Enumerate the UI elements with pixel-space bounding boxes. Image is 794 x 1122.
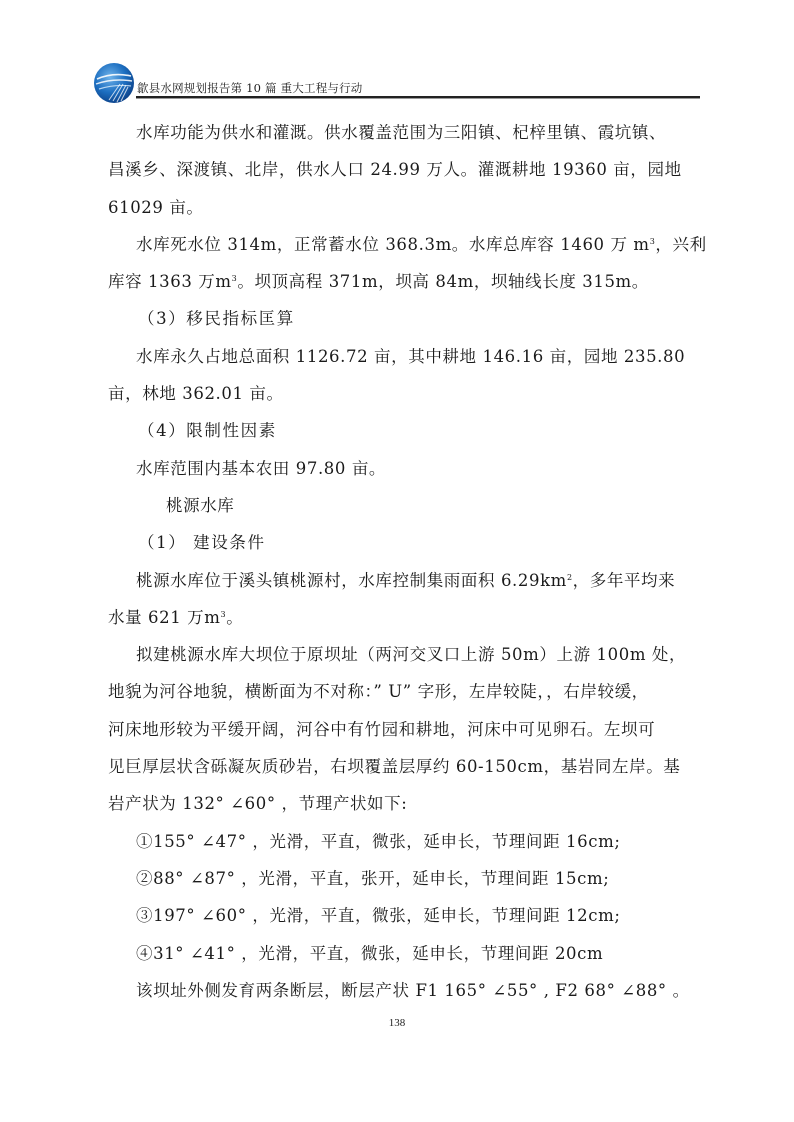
heading-resettlement-estimate: （3）移民指标匡算: [108, 300, 708, 337]
paragraph-land-occupation: 水库永久占地总面积 1126.72 亩，其中耕地 146.16 亩，园地 235…: [108, 338, 708, 375]
page-number: 138: [0, 1017, 794, 1029]
heading-construction-conditions: （1） 建设条件: [108, 524, 708, 561]
text-line: 河床地形较为平缓开阔，河谷中有竹园和耕地，河床中可见卵石。左坝可: [108, 720, 655, 739]
text-line: 。坝顶高程 371m，坝高 84m，坝轴线长度 315m。: [237, 272, 649, 291]
text-line: 亩，林地 362.01 亩。: [108, 384, 284, 403]
text-line: 桃源水库位于溪头镇桃源村，水库控制集雨面积 6.29km: [136, 571, 567, 590]
text-line: 水库永久占地总面积 1126.72 亩，其中耕地 146.16 亩，园地 235…: [136, 347, 685, 366]
paragraph-line: 河床地形较为平缓开阔，河谷中有竹园和耕地，河床中可见卵石。左坝可: [108, 711, 708, 748]
joint-item-1: ①155° ∠47° ，光滑，平直，微张，延申长，节理间距 16cm;: [108, 823, 708, 860]
text-line: 拟建桃源水库大坝位于原坝址（两河交叉口上游 50m）上游 100m 处，: [136, 645, 686, 664]
document-body: 水库功能为供水和灌溉。供水覆盖范围为三阳镇、杞梓里镇、霞坑镇、 昌溪乡、深渡镇、…: [108, 114, 708, 1009]
page-header: 歙县水网规划报告第 10 篇 重大工程与行动: [93, 62, 700, 104]
paragraph-farmland: 水库范围内基本农田 97.80 亩。: [108, 450, 708, 487]
paragraph-line: 岩产状为 132° ∠60° ，节理产状如下:: [108, 785, 708, 822]
text-line: 昌溪乡、深渡镇、北岸，供水人口 24.99 万人。灌溉耕地 19360 亩，园地: [108, 160, 682, 179]
text-line: 61029 亩。: [108, 198, 204, 217]
paragraph-line: 昌溪乡、深渡镇、北岸，供水人口 24.99 万人。灌溉耕地 19360 亩，园地: [108, 151, 708, 188]
text-line: 水库死水位 314m，正常蓄水位 368.3m。水库总库容 1460 万 m: [136, 235, 650, 254]
text-line: 水量 621 万m: [108, 608, 221, 627]
text-line: 地貌为河谷地貌，横断面为不对称：” U” 字形，左岸较陡，，右岸较缓，: [108, 682, 649, 701]
section-title-taoyuan-reservoir: 桃源水库: [108, 487, 708, 524]
header-divider: [136, 96, 700, 98]
joint-item-4: ④31° ∠41° ，光滑，平直，微张，延申长，节理间距 20cm: [108, 935, 708, 972]
text-line: ，兴利: [655, 235, 706, 254]
text-line: 水库功能为供水和灌溉。供水覆盖范围为三阳镇、杞梓里镇、霞坑镇、: [136, 123, 666, 142]
text-line: 岩产状为 132° ∠60° ，节理产状如下:: [108, 794, 407, 813]
paragraph-line: 水量 621 万m3。: [108, 599, 708, 636]
paragraph-line: 亩，林地 362.01 亩。: [108, 375, 708, 412]
text-line: ，多年平均来: [573, 571, 676, 590]
paragraph-line: 地貌为河谷地貌，横断面为不对称：” U” 字形，左岸较陡，，右岸较缓，: [108, 673, 708, 710]
paragraph-faults: 该坝址外侧发育两条断层，断层产状 F1 165° ∠55° , F2 68° ∠…: [108, 972, 708, 1009]
joint-item-2: ②88° ∠87° ，光滑，平直，张开，延申长，节理间距 15cm;: [108, 860, 708, 897]
paragraph-line: 见巨厚层状含砾凝灰质砂岩，右坝覆盖层厚约 60-150cm，基岩同左岸。基: [108, 748, 708, 785]
paragraph-dam-site: 拟建桃源水库大坝位于原坝址（两河交叉口上游 50m）上游 100m 处，: [108, 636, 708, 673]
report-header-title: 歙县水网规划报告第 10 篇 重大工程与行动: [137, 80, 363, 96]
paragraph-water-levels: 水库死水位 314m，正常蓄水位 368.3m。水库总库容 1460 万 m3，…: [108, 226, 708, 263]
heading-constraints: （4）限制性因素: [108, 412, 708, 449]
text-line: 库容 1363 万m: [108, 272, 232, 291]
joint-item-3: ③197° ∠60° ，光滑，平直，微张，延申长，节理间距 12cm;: [108, 897, 708, 934]
paragraph-line: 61029 亩。: [108, 189, 708, 226]
paragraph-catchment: 桃源水库位于溪头镇桃源村，水库控制集雨面积 6.29km2，多年平均来: [108, 562, 708, 599]
paragraph-reservoir-function: 水库功能为供水和灌溉。供水覆盖范围为三阳镇、杞梓里镇、霞坑镇、: [108, 114, 708, 151]
text-line: 见巨厚层状含砾凝灰质砂岩，右坝覆盖层厚约 60-150cm，基岩同左岸。基: [108, 757, 680, 776]
paragraph-line: 库容 1363 万m3。坝顶高程 371m，坝高 84m，坝轴线长度 315m。: [108, 263, 708, 300]
text-line: 。: [226, 608, 243, 627]
water-network-logo-icon: [93, 62, 135, 104]
